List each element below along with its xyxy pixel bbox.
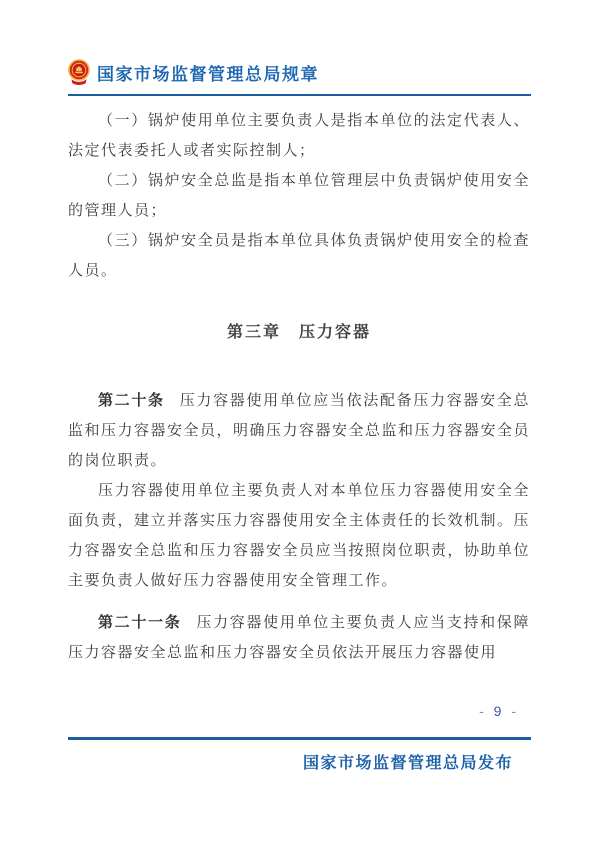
paragraph-text: （二）锅炉安全总监是指本单位管理层中负责锅炉使用安全的管理人员；	[68, 172, 530, 219]
paragraph: （一）锅炉使用单位主要负责人是指本单位的法定代表人、法定代表委托人或者实际控制人…	[68, 106, 530, 166]
document-body: （一）锅炉使用单位主要负责人是指本单位的法定代表人、法定代表委托人或者实际控制人…	[68, 106, 530, 668]
publisher-label: 国家市场监督管理总局发布	[303, 750, 513, 773]
header-rule	[68, 94, 531, 96]
chapter-heading: 第三章 压力容器	[68, 318, 530, 348]
national-emblem-icon	[68, 59, 90, 86]
paragraph-text: （一）锅炉使用单位主要负责人是指本单位的法定代表人、法定代表委托人或者实际控制人…	[68, 112, 530, 159]
footer-rule	[68, 737, 531, 740]
page-header: 国家市场监督管理总局规章	[68, 58, 531, 96]
paragraph: 第二十一条压力容器使用单位主要负责人应当支持和保障压力容器安全总监和压力容器安全…	[68, 608, 530, 668]
page-number-suffix: -	[511, 703, 519, 719]
paragraph: 第二十条压力容器使用单位应当依法配备压力容器安全总监和压力容器安全员，明确压力容…	[68, 386, 530, 476]
document-page: 国家市场监督管理总局规章 （一）锅炉使用单位主要负责人是指本单位的法定代表人、法…	[0, 0, 595, 842]
page-number-value: 9	[494, 703, 505, 719]
paragraph: 压力容器使用单位主要负责人对本单位压力容器使用安全全面负责，建立并落实压力容器使…	[68, 476, 530, 596]
paragraph: （三）锅炉安全员是指本单位具体负责锅炉使用安全的检查人员。	[68, 226, 530, 286]
header-title: 国家市场监督管理总局规章	[97, 60, 319, 85]
paragraph: （二）锅炉安全总监是指本单位管理层中负责锅炉使用安全的管理人员；	[68, 166, 530, 226]
paragraph-text: 压力容器使用单位主要负责人对本单位压力容器使用安全全面负责，建立并落实压力容器使…	[68, 482, 530, 589]
page-number: - 9 -	[479, 703, 519, 719]
page-number-prefix: -	[479, 703, 487, 719]
article-number: 第二十条	[98, 392, 165, 409]
paragraph-text: （三）锅炉安全员是指本单位具体负责锅炉使用安全的检查人员。	[68, 232, 530, 279]
article-number: 第二十一条	[98, 614, 181, 631]
